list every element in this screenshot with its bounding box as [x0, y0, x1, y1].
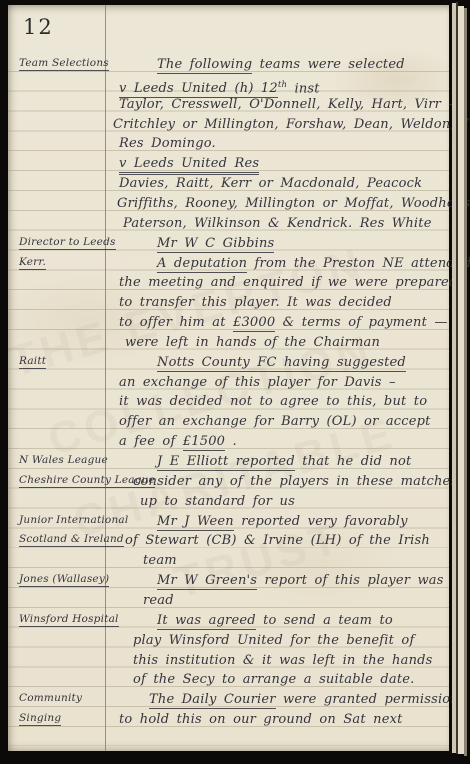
photo-background: 12 THE EVERTON COLLECTION CHARITABLE TRU…	[0, 0, 470, 764]
text-segment: Mr J Ween	[157, 514, 234, 531]
text-segment: Davies, Raitt, Kerr or Macdonald, Peacoc…	[119, 176, 422, 191]
ledger-line: play Winsford United for the benefit of	[8, 631, 449, 651]
text-segment: read	[143, 593, 174, 608]
ledger-line: Director to LeedsMr W C Gibbins	[8, 234, 449, 254]
ledger-line: to transfer this player. It was decided	[8, 293, 449, 313]
entry-text: A deputation from the Preston NE attende…	[157, 254, 470, 274]
text-segment: £3000	[233, 315, 275, 332]
ledger-line: N Wales LeagueJ E Elliott reported that …	[8, 452, 449, 472]
ledger-line: a fee of £1500 .	[8, 432, 449, 452]
entry-text: Critchley or Millington, Forshaw, Dean, …	[113, 115, 470, 135]
ledger-line: up to standard for us	[8, 492, 449, 512]
text-segment: The following	[157, 57, 252, 74]
margin-note: Kerr.	[19, 256, 46, 270]
text-segment: Mr W Green's	[157, 573, 257, 590]
ledger-line: Cheshire County Leagueconsider any of th…	[8, 472, 449, 492]
text-segment: that he did not	[295, 454, 412, 469]
entry-text: Notts County FC having suggested	[157, 353, 406, 373]
text-segment: Critchley or Millington, Forshaw, Dean, …	[113, 117, 470, 132]
ledger-line: CommunityThe Daily Courier were granted …	[8, 690, 449, 710]
text-segment: & terms of payment —	[275, 315, 447, 330]
text-segment: £1500	[183, 434, 225, 451]
ledger-line: Taylor, Cresswell, O'Donnell, Kelly, Har…	[8, 95, 449, 115]
ledger-line: Winsford HospitalIt was agreed to send a…	[8, 611, 449, 631]
text-segment: A deputation	[157, 256, 247, 273]
text-segment: were granted permission	[276, 692, 459, 707]
entry-text: J E Elliott reported that he did not	[157, 452, 411, 472]
ledger-page: 12 THE EVERTON COLLECTION CHARITABLE TRU…	[8, 5, 449, 751]
entry-text: to hold this on our ground on Sat next	[119, 710, 403, 730]
entry-text: play Winsford United for the benefit of	[133, 631, 414, 651]
ledger-line: v Leeds United (h) 12th inst	[8, 75, 449, 95]
margin-note: Director to Leeds	[19, 236, 116, 250]
entry-text: Mr J Ween reported very favorably	[157, 512, 408, 532]
entry-text: offer an exchange for Barry (OL) or acce…	[119, 412, 431, 432]
text-segment: to offer him at	[119, 315, 233, 330]
margin-note: Raitt	[19, 355, 46, 369]
ledger-line: team	[8, 551, 449, 571]
ledger-line: offer an exchange for Barry (OL) or acce…	[8, 412, 449, 432]
text-segment: Mr W C Gibbins	[157, 236, 274, 253]
text-segment: report of this player was	[257, 573, 443, 588]
text-segment: It was agreed	[157, 613, 256, 630]
text-segment: Notts County FC having suggested	[157, 355, 406, 372]
page-edges	[448, 0, 470, 764]
text-segment: from the Preston NE attended —	[247, 256, 470, 271]
text-segment: Paterson, Wilkinson & Kendrick. Res Whit…	[123, 216, 432, 231]
ledger-line: Team SelectionsThe following teams were …	[8, 55, 449, 75]
entry-text: Mr W Green's report of this player was	[157, 571, 444, 591]
ledger-line: the meeting and enquired if we were prep…	[8, 273, 449, 293]
margin-note: Singing	[19, 712, 61, 726]
entry-text: The Daily Courier were granted permissio…	[149, 690, 459, 710]
text-segment: to transfer this player. It was decided	[119, 295, 392, 310]
margin-note: Jones (Wallasey)	[19, 573, 109, 587]
text-segment: team	[143, 553, 177, 568]
entry-text: a fee of £1500 .	[119, 432, 237, 452]
ledger-line: Griffiths, Rooney, Millington or Moffat,…	[8, 194, 449, 214]
ledger-line: this institution & it was left in the ha…	[8, 651, 449, 671]
ledger-line: Paterson, Wilkinson & Kendrick. Res Whit…	[8, 214, 449, 234]
text-segment: consider any of the players in these mat…	[133, 474, 457, 489]
text-segment: an exchange of this player for Davis –	[119, 375, 396, 390]
ledger-line: were left in hands of the Chairman	[8, 333, 449, 353]
margin-note: Community	[19, 692, 82, 704]
book-edge-shadow	[464, 8, 467, 756]
text-segment: it was decided not to agree to this, but…	[119, 394, 427, 409]
entry-text: this institution & it was left in the ha…	[133, 651, 433, 671]
margin-note: Scotland & Ireland	[19, 533, 124, 547]
entry-text: were left in hands of the Chairman	[125, 333, 380, 353]
entry-text: of Stewart (CB) & Irvine (LH) of the Iri…	[125, 531, 430, 551]
text-segment: to send a team to	[256, 613, 393, 628]
ledger-line: Junior InternationalMr J Ween reported v…	[8, 512, 449, 532]
text-segment: teams were selected	[252, 57, 405, 72]
entry-text: Davies, Raitt, Kerr or Macdonald, Peacoc…	[119, 174, 422, 194]
margin-note: N Wales League	[19, 454, 108, 466]
entry-text: an exchange of this player for Davis –	[119, 373, 396, 393]
entry-text: it was decided not to agree to this, but…	[119, 392, 427, 412]
entry-text: Paterson, Wilkinson & Kendrick. Res Whit…	[123, 214, 432, 234]
text-segment: th	[278, 80, 287, 90]
text-segment: of the Secy to arrange a suitable date.	[133, 672, 414, 687]
ledger-line: Kerr.A deputation from the Preston NE at…	[8, 254, 449, 274]
entry-text: Taylor, Cresswell, O'Donnell, Kelly, Har…	[119, 95, 462, 115]
entry-text: the meeting and enquired if we were prep…	[119, 273, 457, 293]
text-segment: to hold this on our ground on Sat next	[119, 712, 403, 727]
margin-note: Team Selections	[19, 57, 109, 71]
entry-text: v Leeds United Res	[119, 154, 259, 174]
entry-text: to offer him at £3000 & terms of payment…	[119, 313, 448, 333]
text-segment: v Leeds United Res	[119, 156, 259, 175]
entry-text: to transfer this player. It was decided	[119, 293, 392, 313]
margin-note: Junior International	[19, 514, 128, 526]
entry-text: Griffiths, Rooney, Millington or Moffat,…	[117, 194, 470, 214]
text-segment: the meeting and enquired if we were prep…	[119, 275, 457, 290]
ledger-line: Critchley or Millington, Forshaw, Dean, …	[8, 115, 449, 135]
ledger-line: Res Domingo.	[8, 134, 449, 154]
text-segment: a fee of	[119, 434, 183, 449]
ledger-lines: Team SelectionsThe following teams were …	[8, 5, 449, 751]
entry-text: Res Domingo.	[119, 134, 216, 154]
entry-text: It was agreed to send a team to	[157, 611, 393, 631]
text-segment: offer an exchange for Barry (OL) or acce…	[119, 414, 431, 429]
ledger-line: Scotland & Irelandof Stewart (CB) & Irvi…	[8, 531, 449, 551]
ledger-line: read	[8, 591, 449, 611]
ledger-line: an exchange of this player for Davis –	[8, 373, 449, 393]
text-segment: Taylor, Cresswell, O'Donnell, Kelly, Har…	[119, 97, 462, 112]
entry-text: of the Secy to arrange a suitable date.	[133, 670, 414, 690]
text-segment: J E Elliott reported	[157, 454, 295, 471]
ledger-line: Singingto hold this on our ground on Sat…	[8, 710, 449, 730]
ledger-line: of the Secy to arrange a suitable date.	[8, 670, 449, 690]
text-segment: of Stewart (CB) & Irvine (LH) of the Iri…	[125, 533, 430, 548]
text-segment: reported very favorably	[234, 514, 408, 529]
margin-note: Winsford Hospital	[19, 613, 119, 627]
text-segment: up to standard for us	[140, 494, 295, 509]
text-segment: The Daily Courier	[149, 692, 276, 709]
ledger-line: it was decided not to agree to this, but…	[8, 392, 449, 412]
text-segment: play Winsford United for the benefit of	[133, 633, 414, 648]
entry-text: team	[143, 551, 177, 571]
entry-text: Mr W C Gibbins	[157, 234, 274, 254]
ledger-line: Davies, Raitt, Kerr or Macdonald, Peacoc…	[8, 174, 449, 194]
text-segment: .	[225, 434, 237, 449]
text-segment: Griffiths, Rooney, Millington or Moffat,…	[117, 196, 470, 211]
entry-text: up to standard for us	[140, 492, 295, 512]
entry-text: The following teams were selected	[157, 55, 405, 75]
entry-text: consider any of the players in these mat…	[133, 472, 457, 492]
ledger-line: Jones (Wallasey)Mr W Green's report of t…	[8, 571, 449, 591]
entry-text: read	[143, 591, 174, 611]
ledger-line: RaittNotts County FC having suggested	[8, 353, 449, 373]
ledger-line: v Leeds United Res	[8, 154, 449, 174]
text-segment: were left in hands of the Chairman	[125, 335, 380, 350]
text-segment: Res Domingo.	[119, 136, 216, 151]
ledger-line: to offer him at £3000 & terms of payment…	[8, 313, 449, 333]
text-segment: this institution & it was left in the ha…	[133, 653, 433, 668]
